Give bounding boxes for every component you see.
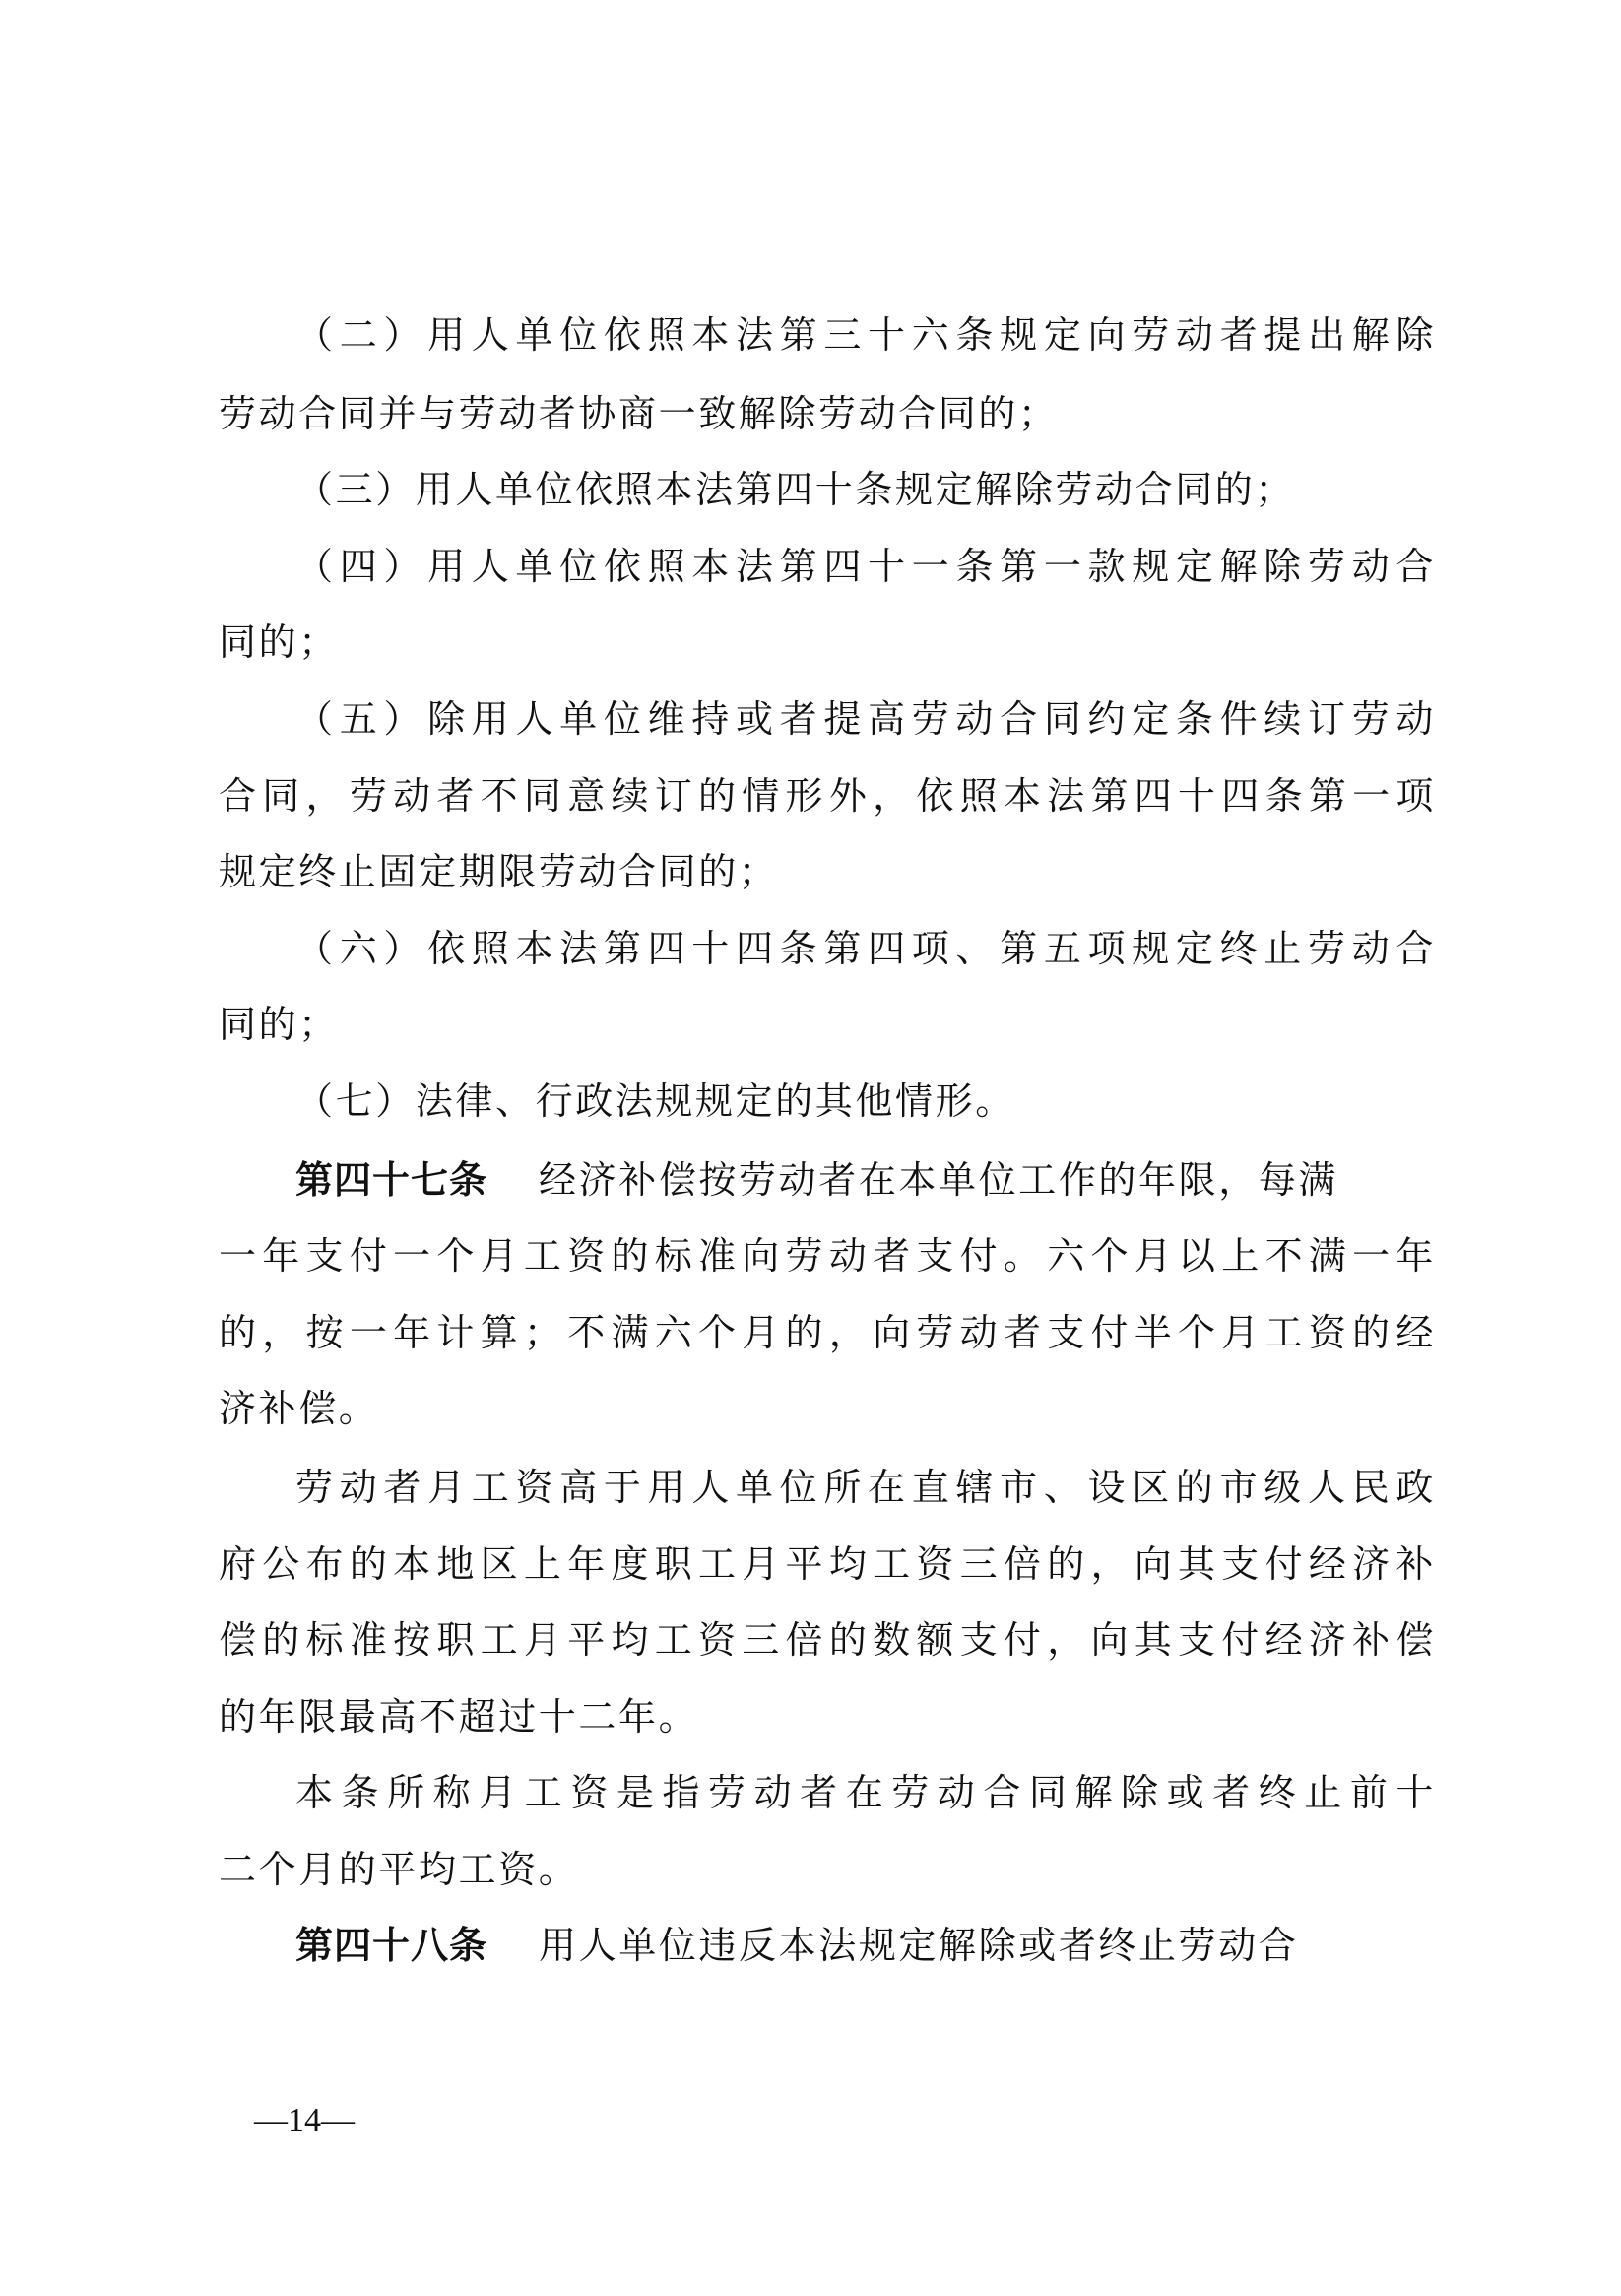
item-4-line-2: 同的； <box>219 604 1436 681</box>
para-monthly-wage-line-2: 府公布的本地区上年度职工月平均工资三倍的，向其支付经济补 <box>219 1526 1436 1603</box>
item-2-line-2: 劳动合同并与劳动者协商一致解除劳动合同的； <box>219 375 1436 452</box>
article-47-line-4: 济补偿。 <box>219 1370 1436 1447</box>
item-6-line-1: （六）依照本法第四十四条第四项、第五项规定终止劳动合 <box>295 910 1436 987</box>
item-3-line-1: （三）用人单位依照本法第四十条规定解除劳动合同的； <box>295 451 1436 528</box>
item-5-line-1: （五）除用人单位维持或者提高劳动合同约定条件续订劳动 <box>295 681 1436 757</box>
article-47-heading: 第四十七条 <box>295 1158 487 1202</box>
item-2-line-1: （二）用人单位依照本法第三十六条规定向劳动者提出解除 <box>295 296 1436 373</box>
article-48-line-1: 第四十八条用人单位违反本法规定解除或者终止劳动合 <box>295 1907 1436 1984</box>
article-47-line-3: 的，按一年计算；不满六个月的，向劳动者支付半个月工资的经 <box>219 1294 1436 1371</box>
article-47-line-1: 第四十七条经济补偿按劳动者在本单位工作的年限，每满 <box>295 1142 1436 1218</box>
item-5-line-2: 合同，劳动者不同意续订的情形外，依照本法第四十四条第一项 <box>219 757 1436 834</box>
item-5-line-3: 规定终止固定期限劳动合同的； <box>219 833 1436 910</box>
article-48-text: 用人单位违反本法规定解除或者终止劳动合 <box>539 1924 1298 1967</box>
item-6-line-2: 同的； <box>219 986 1436 1063</box>
para-definition-line-2: 二个月的平均工资。 <box>219 1831 1436 1908</box>
item-7-line-1: （七）法律、行政法规规定的其他情形。 <box>295 1063 1436 1140</box>
para-monthly-wage-line-4: 的年限最高不超过十二年。 <box>219 1678 1436 1755</box>
para-monthly-wage-line-1: 劳动者月工资高于用人单位所在直辖市、设区的市级人民政 <box>295 1449 1436 1526</box>
article-47-line-2: 一年支付一个月工资的标准向劳动者支付。六个月以上不满一年 <box>219 1217 1436 1294</box>
article-47-text: 经济补偿按劳动者在本单位工作的年限，每满 <box>539 1158 1338 1202</box>
document-page: （二）用人单位依照本法第三十六条规定向劳动者提出解除 劳动合同并与劳动者协商一致… <box>0 0 1621 2296</box>
article-48-heading: 第四十八条 <box>295 1924 487 1967</box>
page-number: —14— <box>254 2101 355 2140</box>
item-4-line-1: （四）用人单位依照本法第四十一条第一款规定解除劳动合 <box>295 528 1436 605</box>
para-definition-line-1: 本条所称月工资是指劳动者在劳动合同解除或者终止前十 <box>295 1754 1436 1831</box>
para-monthly-wage-line-3: 偿的标准按职工月平均工资三倍的数额支付，向其支付经济补偿 <box>219 1602 1436 1678</box>
